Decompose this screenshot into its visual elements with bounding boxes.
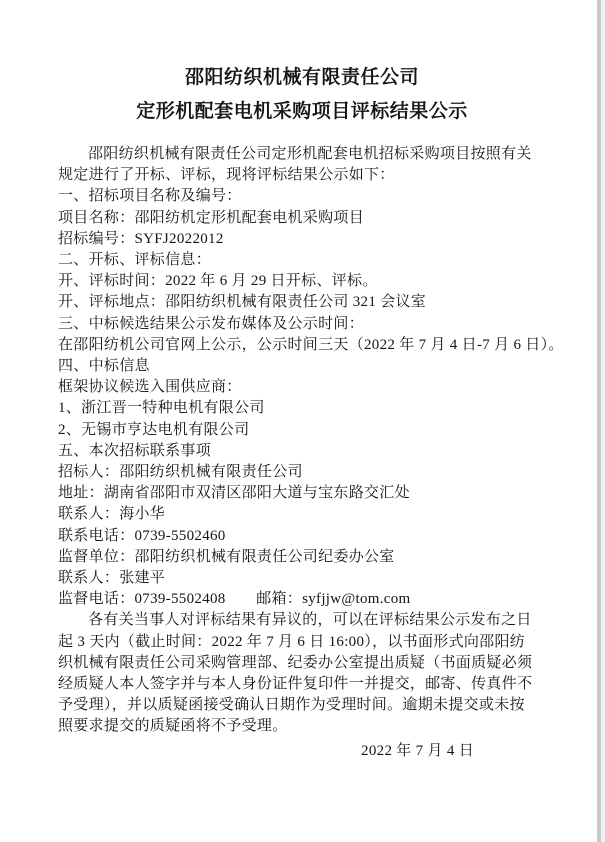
text-line: 织机械有限责任公司采购管理部、纪委办公室提出质疑（书面质疑必须 <box>58 653 546 674</box>
text-line: 四、中标信息 <box>58 356 546 377</box>
document-title-line1: 邵阳纺织机械有限责任公司 <box>58 61 546 95</box>
text-line: 三、中标候选结果公示发布媒体及公示时间： <box>58 314 546 335</box>
text-line: 1、浙江晋一特种电机有限公司 <box>58 398 546 419</box>
text-line: 二、开标、评标信息： <box>58 250 546 271</box>
text-line: 五、本次招标联系事项 <box>58 441 546 462</box>
page-edge-outer <box>601 0 605 842</box>
page-edge-shadow <box>597 0 601 842</box>
text-line: 框架协议候选入围供应商： <box>58 377 546 398</box>
text-line: 规定进行了开标、评标，现将评标结果公示如下： <box>58 165 546 186</box>
text-line: 开、评标时间：2022 年 6 月 29 日开标、评标。 <box>58 271 546 292</box>
text-line: 联系人：海小华 <box>58 504 546 525</box>
text-line: 予受理），并以质疑函接受确认日期作为受理时间。逾期未提交或未按 <box>58 695 546 716</box>
text-line: 经质疑人本人签字并与本人身份证件复印件一并提交，邮寄、传真件不 <box>58 674 546 695</box>
text-line: 照要求提交的质疑函将不予受理。 <box>58 716 546 737</box>
date-line: 2022 年 7 月 4 日 <box>58 741 546 762</box>
text-line: 一、招标项目名称及编号： <box>58 186 546 207</box>
document-content: 邵阳纺织机械有限责任公司 定形机配套电机采购项目评标结果公示 邵阳纺织机械有限责… <box>58 61 546 762</box>
text-line: 起 3 天内（截止时间：2022 年 7 月 6 日 16:00），以书面形式向… <box>58 632 546 653</box>
text-line: 招标人：邵阳纺织机械有限责任公司 <box>58 462 546 483</box>
text-line: 地址：湖南省邵阳市双清区邵阳大道与宝东路交汇处 <box>58 483 546 504</box>
text-line: 联系人：张建平 <box>58 568 546 589</box>
document-title-line2: 定形机配套电机采购项目评标结果公示 <box>58 95 546 129</box>
text-line: 2、无锡市亨达电机有限公司 <box>58 420 546 441</box>
text-line: 邵阳纺织机械有限责任公司定形机配套电机招标采购项目按照有关 <box>58 144 546 165</box>
document-page: 邵阳纺织机械有限责任公司 定形机配套电机采购项目评标结果公示 邵阳纺织机械有限责… <box>0 0 605 842</box>
text-line: 监督单位：邵阳纺织机械有限责任公司纪委办公室 <box>58 547 546 568</box>
text-line: 监督电话：0739-5502408 邮箱：syfjjw@tom.com <box>58 589 546 610</box>
text-line: 各有关当事人对评标结果有异议的，可以在评标结果公示发布之日 <box>58 610 546 631</box>
text-line: 联系电话：0739-5502460 <box>58 526 546 547</box>
document-body: 邵阳纺织机械有限责任公司定形机配套电机招标采购项目按照有关规定进行了开标、评标，… <box>58 144 546 762</box>
text-line: 开、评标地点：邵阳纺织机械有限责任公司 321 会议室 <box>58 292 546 313</box>
text-line: 招标编号：SYFJ2022012 <box>58 229 546 250</box>
text-line: 项目名称：邵阳纺机定形机配套电机采购项目 <box>58 208 546 229</box>
text-line: 在邵阳纺机公司官网上公示，公示时间三天（2022 年 7 月 4 日-7 月 6… <box>58 335 546 356</box>
